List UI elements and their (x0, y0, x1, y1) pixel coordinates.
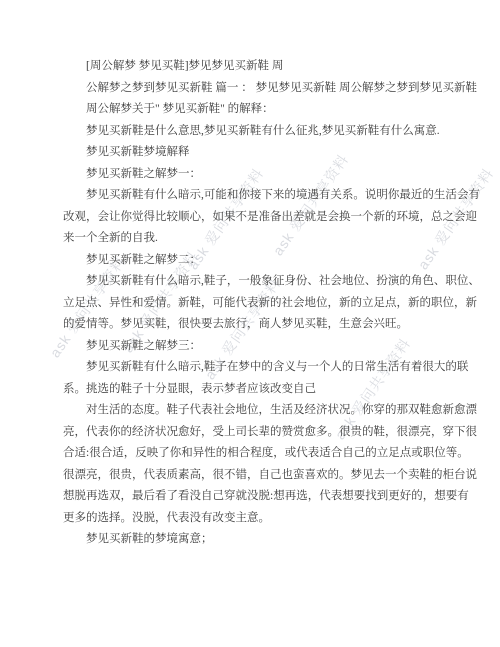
text-line: 梦见买新鞋是什么意思,梦见买新鞋有什么征兆,梦见买新鞋有什么寓意. (63, 121, 441, 143)
text-line: 梦见买新鞋有什么暗示,鞋子在梦中的含义与一个人的日常生活有着很大的联 (63, 357, 441, 379)
text-line: 周公解梦关于" 梦见买新鞋" 的解释： (63, 99, 441, 121)
document-page: ask 爱问共享资料ask 爱问共享资料ask 爱问共享资料ask 爱问共享资料… (0, 0, 500, 647)
text-line: 系。挑选的鞋子十分显眼，表示梦者应该改变自己 (63, 379, 441, 401)
text-line: 梦见买新鞋之解梦一： (63, 164, 441, 186)
text-line: 梦见买新鞋之解梦三： (63, 336, 441, 358)
text-line: 梦见买新鞋有什么暗示,可能和你接下来的境遇有关系。说明你最近的生活会有 (63, 185, 441, 207)
text-line: 梦见买新鞋之解梦二： (63, 250, 441, 272)
text-line: 对生活的态度。鞋子代表社会地位，生活及经济状况。你穿的那双鞋愈新愈漂 (63, 400, 441, 422)
text-line: 的爱情等。梦见买鞋，很快要去旅行，商人梦见买鞋，生意会兴旺。 (63, 314, 441, 336)
text-line: 更多的选择。没脱，代表没有改变主意。 (63, 508, 441, 530)
text-line: 改观，会让你觉得比较顺心，如果不是准备出差就是会换一个新的环境，总之会迎 (63, 207, 441, 229)
text-line: 公解梦之梦到梦见买新鞋 篇一 ： 梦见梦见买新鞋 周公解梦之梦到梦见买新鞋 (63, 78, 441, 100)
text-line: 梦见买新鞋有什么暗示,鞋子，一般象征身份、社会地位、扮演的角色、职位、 (63, 271, 441, 293)
text-line: 梦见买新鞋的梦境寓意； (63, 529, 441, 551)
text-line: 来一个全新的自我. (63, 228, 441, 250)
text-line: 合适:很合适，反映了你和异性的相合程度，或代表适合自己的立足点或职位等。 (63, 443, 441, 465)
document-body: [周公解梦 梦见买鞋]梦见梦见买新鞋 周公解梦之梦到梦见买新鞋 篇一 ： 梦见梦… (63, 56, 441, 551)
text-line: 立足点、异性和爱情。新鞋，可能代表新的社会地位，新的立足点，新的职位，新 (63, 293, 441, 315)
text-line: [周公解梦 梦见买鞋]梦见梦见买新鞋 周 (63, 56, 441, 78)
text-line: 想脱再选双，最后看了看没自己穿就没脱:想再选，代表想要找到更好的，想要有 (63, 486, 441, 508)
text-line: 亮，代表你的经济状况愈好，受上司长辈的赞赏愈多。很贵的鞋，很漂亮，穿下很 (63, 422, 441, 444)
text-line: 很漂亮，很贵，代表质素高，很不错，自己也蛮喜欢的。梦见去一个卖鞋的柜台说 (63, 465, 441, 487)
text-line: 梦见买新鞋梦境解释 (63, 142, 441, 164)
